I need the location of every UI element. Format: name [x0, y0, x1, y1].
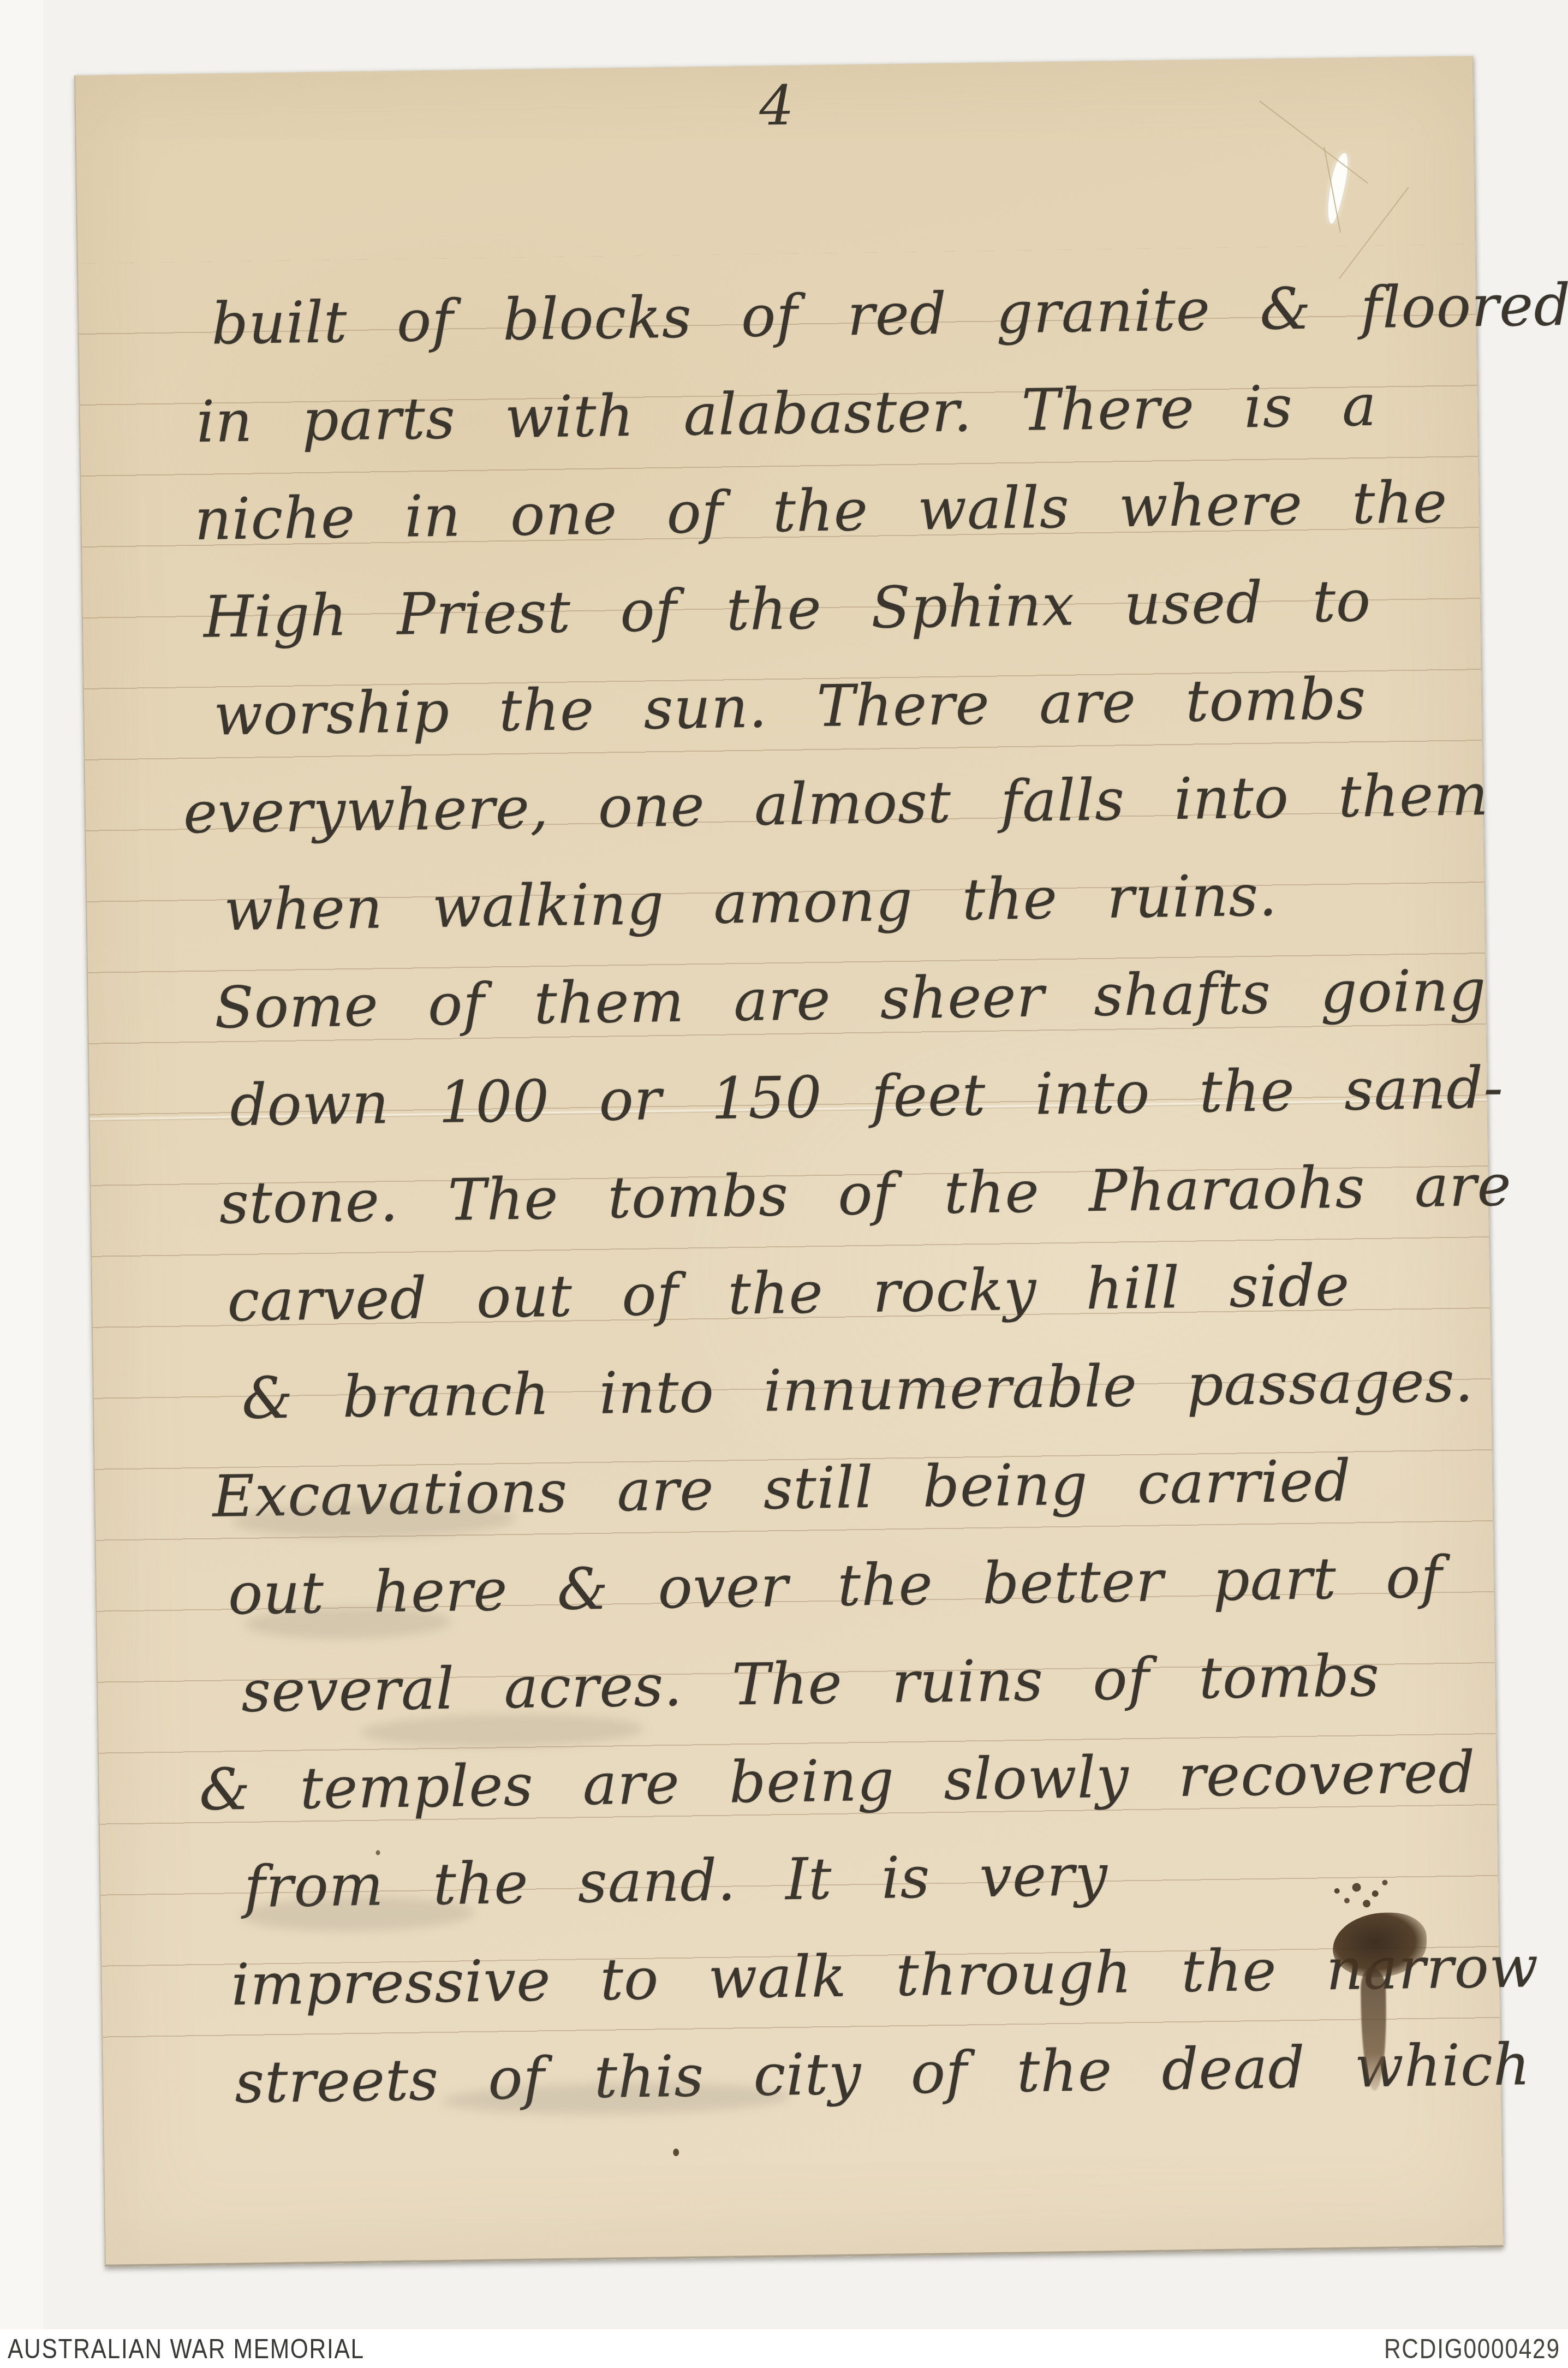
scanned-letter-page: 4 built of blocks of red granite & floor… — [0, 0, 1568, 2368]
letter-paper: 4 built of blocks of red granite & floor… — [74, 56, 1504, 2266]
handwriting-line: impressive to walk through the narrow — [231, 1919, 1467, 2034]
handwriting-line: down 100 or 150 feet into the sand- — [229, 1039, 1454, 1154]
handwriting-line: when walking among the ruins. — [223, 844, 1452, 959]
handwriting-line: worship the sun. There are tombs — [213, 648, 1449, 764]
scanner-edge-strip — [0, 0, 44, 2329]
paper-speck — [375, 1850, 380, 1855]
handwriting-line: streets of this city of the dead which — [234, 2016, 1468, 2132]
handwriting-line: stone. The tombs of the Pharaohs are — [219, 1137, 1456, 1252]
handwriting-line: & branch into innumerable passages. — [241, 1332, 1459, 1447]
handwriting-line: niche in one of the walls where the — [194, 453, 1446, 568]
archive-name: AUSTRALIAN WAR MEMORIAL — [8, 2333, 365, 2365]
paper-speck — [673, 2149, 679, 2156]
page-number: 4 — [759, 74, 794, 138]
handwriting-line: built of blocks of red granite & floored — [211, 258, 1444, 372]
handwriting-line: Some of them are sheer shafts going — [214, 942, 1453, 1057]
handwriting-text: built of blocks of red granite & floored… — [201, 258, 1468, 2131]
handwriting-line: in parts with alabaster. There is a — [196, 355, 1445, 471]
archive-footer-bar: AUSTRALIAN WAR MEMORIAL RCDIG0000429 — [0, 2329, 1568, 2368]
handwriting-line: carved out of the rocky hill side — [226, 1235, 1457, 1349]
paper-speck — [737, 1275, 741, 1279]
tear-crease-line — [1259, 100, 1368, 184]
ink-stain-splatter — [1334, 1888, 1340, 1894]
archive-reference-id: RCDIG0000429 — [1384, 2333, 1560, 2365]
handwriting-line: everywhere, one almost falls into them — [183, 746, 1451, 861]
handwriting-line: High Priest of the Sphinx used to — [203, 551, 1448, 666]
